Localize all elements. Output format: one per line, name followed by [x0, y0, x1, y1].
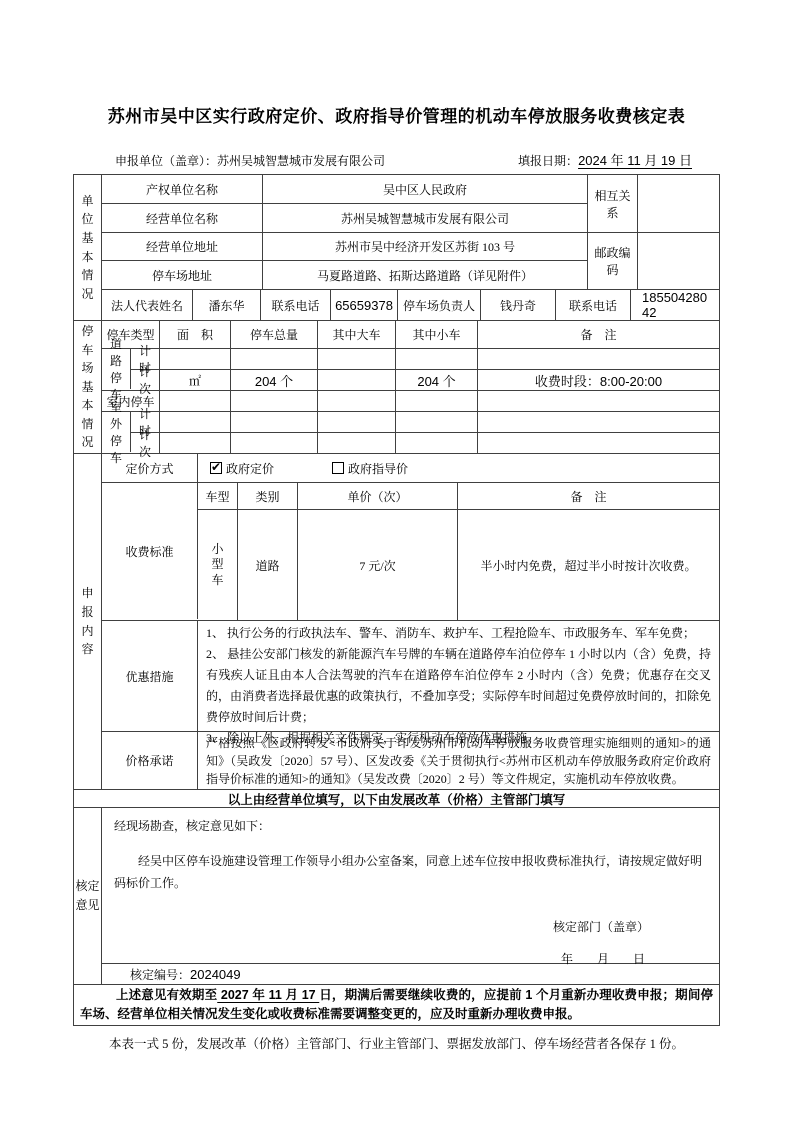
outdoor-parking-label: 室外 停车 — [102, 412, 131, 452]
validity-day-unit: 日 — [319, 988, 332, 1002]
unit-rows-1-2: 产权单位名称 经营单位名称 吴中区人民政府 苏州吴城智慧城市发展有限公司 相互关… — [102, 175, 719, 233]
owner-name-label: 产权单位名称 — [102, 175, 262, 204]
fee-data-row: 小 型 车 道路 7 元/次 半小时内免费，超过半小时按计次收费。 — [198, 510, 719, 620]
fee-note-value: 半小时内免费，超过半小时按计次收费。 — [458, 510, 719, 620]
fee-standard-block: 收费标准 车型 类别 单价（次） 备 注 小 型 车 道路 7 元/次 半小 — [102, 483, 719, 621]
section-unit-info: 单 位 基 本 情 况 产权单位名称 经营单位名称 吴中区人民政府 苏州吴城智慧… — [74, 175, 719, 321]
fee-standard-label: 收费标准 — [102, 483, 198, 619]
outdoor-hourly-row: 计时 — [131, 412, 719, 433]
document-page: 苏州市吴中区实行政府定价、政府指导价管理的机动车停放服务收费核定表 申报单位（盖… — [0, 0, 793, 1122]
outdoor-hourly-large — [318, 412, 396, 432]
operator-address-value: 苏州市吴中经济开发区苏街 103 号 — [263, 233, 587, 261]
option-gov-fixed-label: 政府定价 — [226, 460, 274, 477]
col-fee-note: 备 注 — [458, 483, 719, 509]
outdoor-count-label: 计次 — [131, 433, 160, 453]
manager-label: 停车场负责人 — [398, 290, 481, 320]
validity-note: 上述意见有效期至 2027 年 11 月 17 日，期满后需要继续收费的，应提前… — [74, 985, 719, 1025]
fill-date-value: 2024 年 11 月 19 日 — [578, 153, 692, 168]
col-vehicle-type: 车型 — [198, 483, 238, 509]
declare-unit-value: 苏州吴城智慧城市发展有限公司 — [217, 154, 385, 168]
col-category: 类别 — [238, 483, 298, 509]
outdoor-parking-group: 室外 停车 计时 计次 — [102, 412, 719, 453]
checkbox-checked-icon[interactable] — [210, 462, 222, 474]
approval-form-table: 单 位 基 本 情 况 产权单位名称 经营单位名称 吴中区人民政府 苏州吴城智慧… — [73, 174, 720, 1026]
relation-value-cell — [638, 175, 719, 232]
indoor-small — [396, 391, 478, 411]
outdoor-count-small — [396, 433, 478, 453]
lot-address-label: 停车场地址 — [102, 261, 262, 289]
tel2-value: 18550428042 — [631, 290, 719, 320]
promise-text: 严格按照《区政府转发<市政府关于印发苏州市机动车停放服务收费管理实施细则的通知>… — [198, 732, 719, 789]
manager-value: 钱丹奇 — [481, 290, 556, 320]
legal-rep-value: 潘东华 — [193, 290, 261, 320]
section-lot-info: 停 车 场 基 本 情 况 停车类型 面 积 停车总量 其中大车 其中小车 备 … — [74, 321, 719, 454]
outdoor-hourly-small — [396, 412, 478, 432]
fill-date: 填报日期：2024 年 11 月 19 日 — [518, 150, 692, 169]
verdict-number-row: 核定编号： 2024049 — [102, 964, 719, 984]
fill-instruction-divider: 以上由经营单位填写，以下由发展改革（价格）主管部门填写 — [74, 790, 719, 808]
tel1-value: 65659378 — [331, 290, 398, 320]
discount-row: 优惠措施 1、 执行公务的行政执法车、警车、消防车、救护车、工程抢险车、市政服务… — [102, 621, 719, 732]
road-hourly-note — [478, 349, 719, 369]
vehicle-type-value: 小 型 车 — [198, 510, 238, 620]
section-application-label: 申 报 内 容 — [74, 454, 102, 789]
road-count-small: 204 个 — [396, 370, 478, 390]
page-title: 苏州市吴中区实行政府定价、政府指导价管理的机动车停放服务收费核定表 — [0, 0, 793, 127]
outdoor-count-note — [478, 433, 719, 453]
validity-prefix: 上述意见有效期至 — [116, 988, 217, 1002]
pricing-method-options: 政府定价 政府指导价 — [198, 454, 719, 482]
section-application: 申 报 内 容 定价方式 政府定价 政府指导价 收费标准 车型 — [74, 454, 719, 790]
postcode-label: 邮政编码 — [588, 233, 638, 289]
outdoor-count-total — [231, 433, 318, 453]
col-small: 其中小车 — [396, 321, 478, 348]
road-hourly-total — [231, 349, 318, 369]
legal-rep-label: 法人代表姓名 — [102, 290, 193, 320]
discount-item-1: 1、 执行公务的行政执法车、警车、消防车、救护车、工程抢险车、市政服务车、军车免… — [206, 623, 711, 644]
col-unit-price: 单价（次） — [298, 483, 458, 509]
outdoor-count-row: 计次 — [131, 433, 719, 453]
section-lot-info-label: 停 车 场 基 本 情 况 — [74, 321, 102, 453]
discount-label: 优惠措施 — [102, 621, 198, 731]
road-count-large — [318, 370, 396, 390]
promise-row: 价格承诺 严格按照《区政府转发<市政府关于印发苏州市机动车停放服务收费管理实施细… — [102, 732, 719, 789]
lot-header-row: 停车类型 面 积 停车总量 其中大车 其中小车 备 注 — [102, 321, 719, 349]
unit-price-value: 7 元/次 — [298, 510, 458, 620]
road-parking-label: 道路 停车 — [102, 349, 131, 389]
section-unit-info-label: 单 位 基 本 情 况 — [74, 175, 102, 320]
section-verdict: 核定 意见 经现场勘查，核定意见如下： 经吴中区停车设施建设管理工作领导小组办公… — [74, 808, 719, 985]
outdoor-hourly-total — [231, 412, 318, 432]
legal-rep-row: 法人代表姓名 潘东华 联系电话 65659378 停车场负责人 钱丹奇 联系电话… — [102, 290, 719, 320]
meta-row: 申报单位（盖章）：苏州吴城智慧城市发展有限公司 填报日期：2024 年 11 月… — [73, 151, 720, 169]
outdoor-count-area — [160, 433, 231, 453]
unit-rows-3-4: 经营单位地址 停车场地址 苏州市吴中经济开发区苏街 103 号 马夏路道路、拓斯… — [102, 233, 719, 290]
option-gov-guided-label: 政府指导价 — [348, 460, 408, 477]
road-count-total: 204 个 — [231, 370, 318, 390]
declare-unit: 申报单位（盖章）：苏州吴城智慧城市发展有限公司 — [115, 152, 385, 169]
verdict-body: 经吴中区停车设施建设管理工作领导小组办公室备案，同意上述车位按申报收费标准执行，… — [114, 850, 707, 894]
indoor-row: 室内停车 — [102, 391, 719, 412]
verdict-number-label: 核定编号： — [130, 966, 190, 983]
col-large: 其中大车 — [318, 321, 396, 348]
road-count-row: 计次 ㎡ 204 个 204 个 收费时段：8:00-20:00 — [131, 370, 719, 390]
checkbox-unchecked-icon[interactable] — [332, 462, 344, 474]
outdoor-hourly-note — [478, 412, 719, 432]
indoor-area — [160, 391, 231, 411]
operator-name-value: 苏州吴城智慧城市发展有限公司 — [263, 204, 587, 232]
lot-address-value: 马夏路道路、拓斯达路道路（详见附件） — [263, 261, 587, 289]
operator-name-label: 经营单位名称 — [102, 204, 262, 232]
operator-address-label: 经营单位地址 — [102, 233, 262, 261]
discount-text: 1、 执行公务的行政执法车、警车、消防车、救护车、工程抢险车、市政服务车、军车免… — [198, 621, 719, 731]
verdict-number-value: 2024049 — [190, 967, 241, 982]
owner-name-value: 吴中区人民政府 — [263, 175, 587, 204]
postcode-value-cell — [638, 233, 719, 289]
category-value: 道路 — [238, 510, 298, 620]
outdoor-hourly-area — [160, 412, 231, 432]
road-count-label: 计次 — [131, 370, 160, 390]
verdict-intro: 经现场勘查，核定意见如下： — [114, 817, 707, 834]
section-verdict-label: 核定 意见 — [74, 808, 102, 984]
promise-label: 价格承诺 — [102, 732, 198, 789]
road-parking-group: 道路 停车 计时 计次 ㎡ 204 个 — [102, 349, 719, 391]
discount-item-2: 2、 悬挂公安部门核发的新能源汽车号牌的车辆在道路停车泊位停车 1 小时以内（含… — [206, 644, 711, 728]
road-hourly-large — [318, 349, 396, 369]
tel1-label: 联系电话 — [261, 290, 331, 320]
validity-date: 2027 年 11 月 17 — [217, 988, 319, 1002]
col-note: 备 注 — [478, 321, 719, 348]
fill-date-label: 填报日期： — [518, 154, 578, 168]
road-hourly-small — [396, 349, 478, 369]
indoor-total — [231, 391, 318, 411]
indoor-large — [318, 391, 396, 411]
road-hourly-row: 计时 — [131, 349, 719, 370]
verdict-content: 经现场勘查，核定意见如下： 经吴中区停车设施建设管理工作领导小组办公室备案，同意… — [102, 808, 719, 964]
footer-note: 本表一式 5 份，发展改革（价格）主管部门、行业主管部门、票据发放部门、停车场经… — [73, 1034, 720, 1052]
pricing-method-row: 定价方式 政府定价 政府指导价 — [102, 454, 719, 483]
verdict-dept-seal: 核定部门（盖章） — [114, 918, 707, 935]
col-area: 面 积 — [160, 321, 231, 348]
pricing-method-label: 定价方式 — [102, 454, 198, 482]
declare-unit-label: 申报单位（盖章）： — [115, 154, 217, 168]
road-hourly-area — [160, 349, 231, 369]
relation-label: 相互关系 — [588, 175, 638, 232]
fee-header-row: 车型 类别 单价（次） 备 注 — [198, 483, 719, 510]
outdoor-count-large — [318, 433, 396, 453]
road-count-area: ㎡ — [160, 370, 231, 390]
road-count-note: 收费时段：8:00-20:00 — [478, 370, 719, 390]
indoor-note — [478, 391, 719, 411]
col-total: 停车总量 — [231, 321, 318, 348]
tel2-label: 联系电话 — [556, 290, 631, 320]
